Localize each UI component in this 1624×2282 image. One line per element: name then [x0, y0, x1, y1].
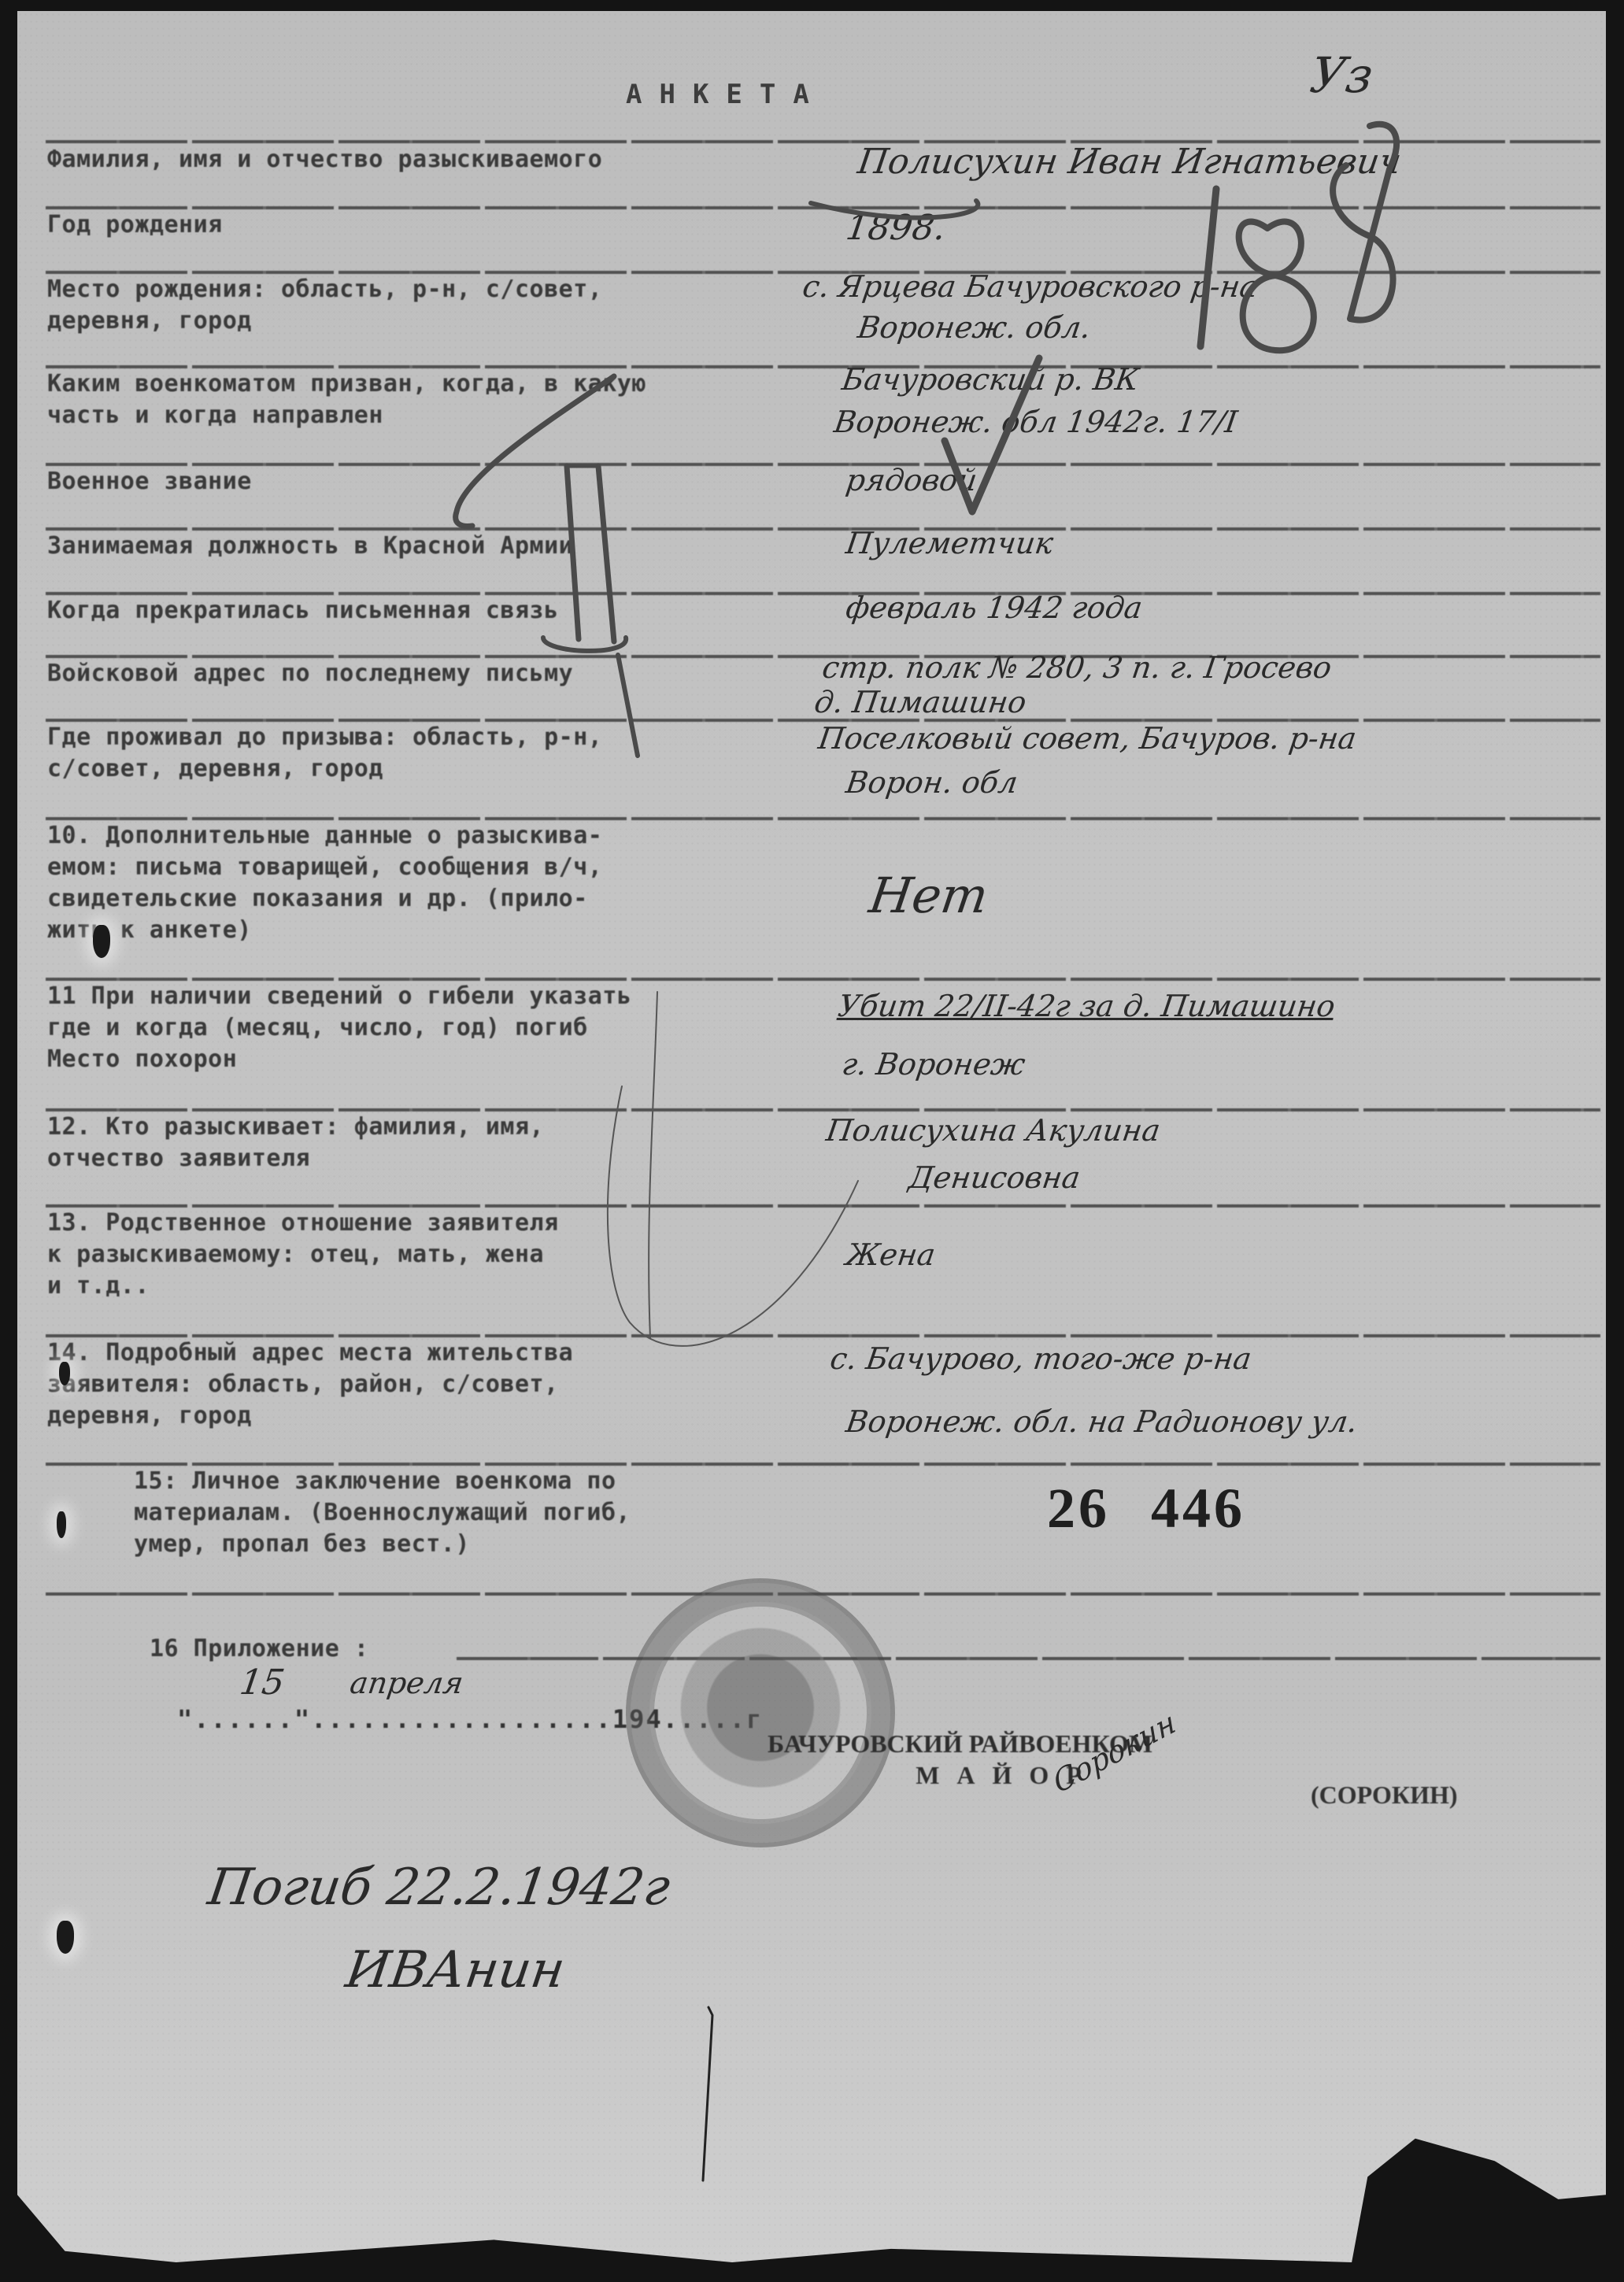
field-value-2: 1898. [843, 206, 949, 250]
field-label-8: Войсковой адрес по последнему письму [47, 658, 842, 690]
field-value-12a: Полисухина Акулина [823, 1110, 1163, 1151]
paper-hole [93, 925, 110, 958]
official-seal [626, 1578, 895, 1847]
field-label-14: 14. Подробный адрес места жительства зая… [47, 1337, 842, 1432]
field-label-9: Где проживал до призыва: область, р-н, с… [47, 722, 842, 785]
registration-number: 26446 [1047, 1476, 1245, 1541]
field-value-11b: г. Воронеж [839, 1044, 1027, 1085]
field-value-9b: Ворон. обл [843, 762, 1020, 803]
field-label-6: Занимаемая должность в Красной Армии [47, 531, 842, 562]
attachment-rule [457, 1657, 1600, 1660]
field-label-5: Военное звание [47, 466, 842, 497]
signer-name: (СОРОКИН) [1311, 1781, 1458, 1810]
date-month: апреля [347, 1662, 466, 1703]
field-value-4a: Бачуровский р. ВК [839, 359, 1141, 400]
field-label-1: Фамилия, имя и отчество разыскиваемого [47, 144, 842, 176]
paper-hole [57, 1511, 66, 1538]
field-label-2: Год рождения [47, 209, 842, 241]
death-note: Погиб 22.2.1942г [205, 1858, 674, 1918]
field-value-13: Жена [843, 1234, 938, 1275]
paper-hole [57, 1921, 74, 1954]
field-label-12: 12. Кто разыскивает: фамилия, имя, отчес… [47, 1111, 842, 1174]
paper-hole [59, 1362, 70, 1385]
field-value-4b: Воронеж. обл 1942г. 17/I [831, 401, 1240, 442]
field-value-1: Полисухин Иван Игнатьевич [855, 140, 1404, 184]
document-title: АНКЕТА [626, 79, 827, 110]
field-label-10: 10. Дополнительные данные о разыскива- е… [47, 820, 842, 946]
field-value-8b: д. Пимашино [812, 682, 1029, 723]
field-label-15: 15: Личное заключение военкома по матери… [134, 1466, 929, 1560]
field-value-5: рядовой [843, 460, 979, 501]
attachment-label: 16 Приложение : [150, 1633, 543, 1665]
field-value-7: февраль 1942 года [843, 587, 1145, 628]
initials-signature: ИВАнин [342, 1940, 569, 2000]
field-value-3b: Воронеж. обл. [855, 307, 1093, 348]
date-day: 15 [237, 1661, 287, 1705]
field-value-3a: с. Ярцева Бачуровского р-на [800, 266, 1260, 307]
field-label-13: 13. Родственное отношение заявителя к ра… [47, 1208, 842, 1302]
corner-mark: Уз [1308, 54, 1375, 98]
field-label-7: Когда прекратилась письменная связь [47, 595, 842, 627]
field-label-11: 11 При наличии сведений о гибели указать… [47, 981, 842, 1075]
field-value-14b: Воронеж. обл. на Радионову ул. [843, 1401, 1360, 1442]
field-label-4: Каким военкоматом призван, когда, в каку… [47, 368, 842, 431]
field-label-3: Место рождения: область, р-н, с/совет, д… [47, 274, 842, 337]
field-value-9a: Поселковый совет, Бачуров. р-на [816, 718, 1359, 759]
field-value-12b: Денисовна [906, 1157, 1082, 1198]
field-value-10: Нет [867, 874, 990, 918]
field-value-14a: с. Бачурово, того-же р-на [827, 1338, 1254, 1379]
field-value-6: Пулеметчик [843, 523, 1056, 564]
field-value-11a: Убит 22/II-42г за д. Пимашино [835, 986, 1337, 1026]
